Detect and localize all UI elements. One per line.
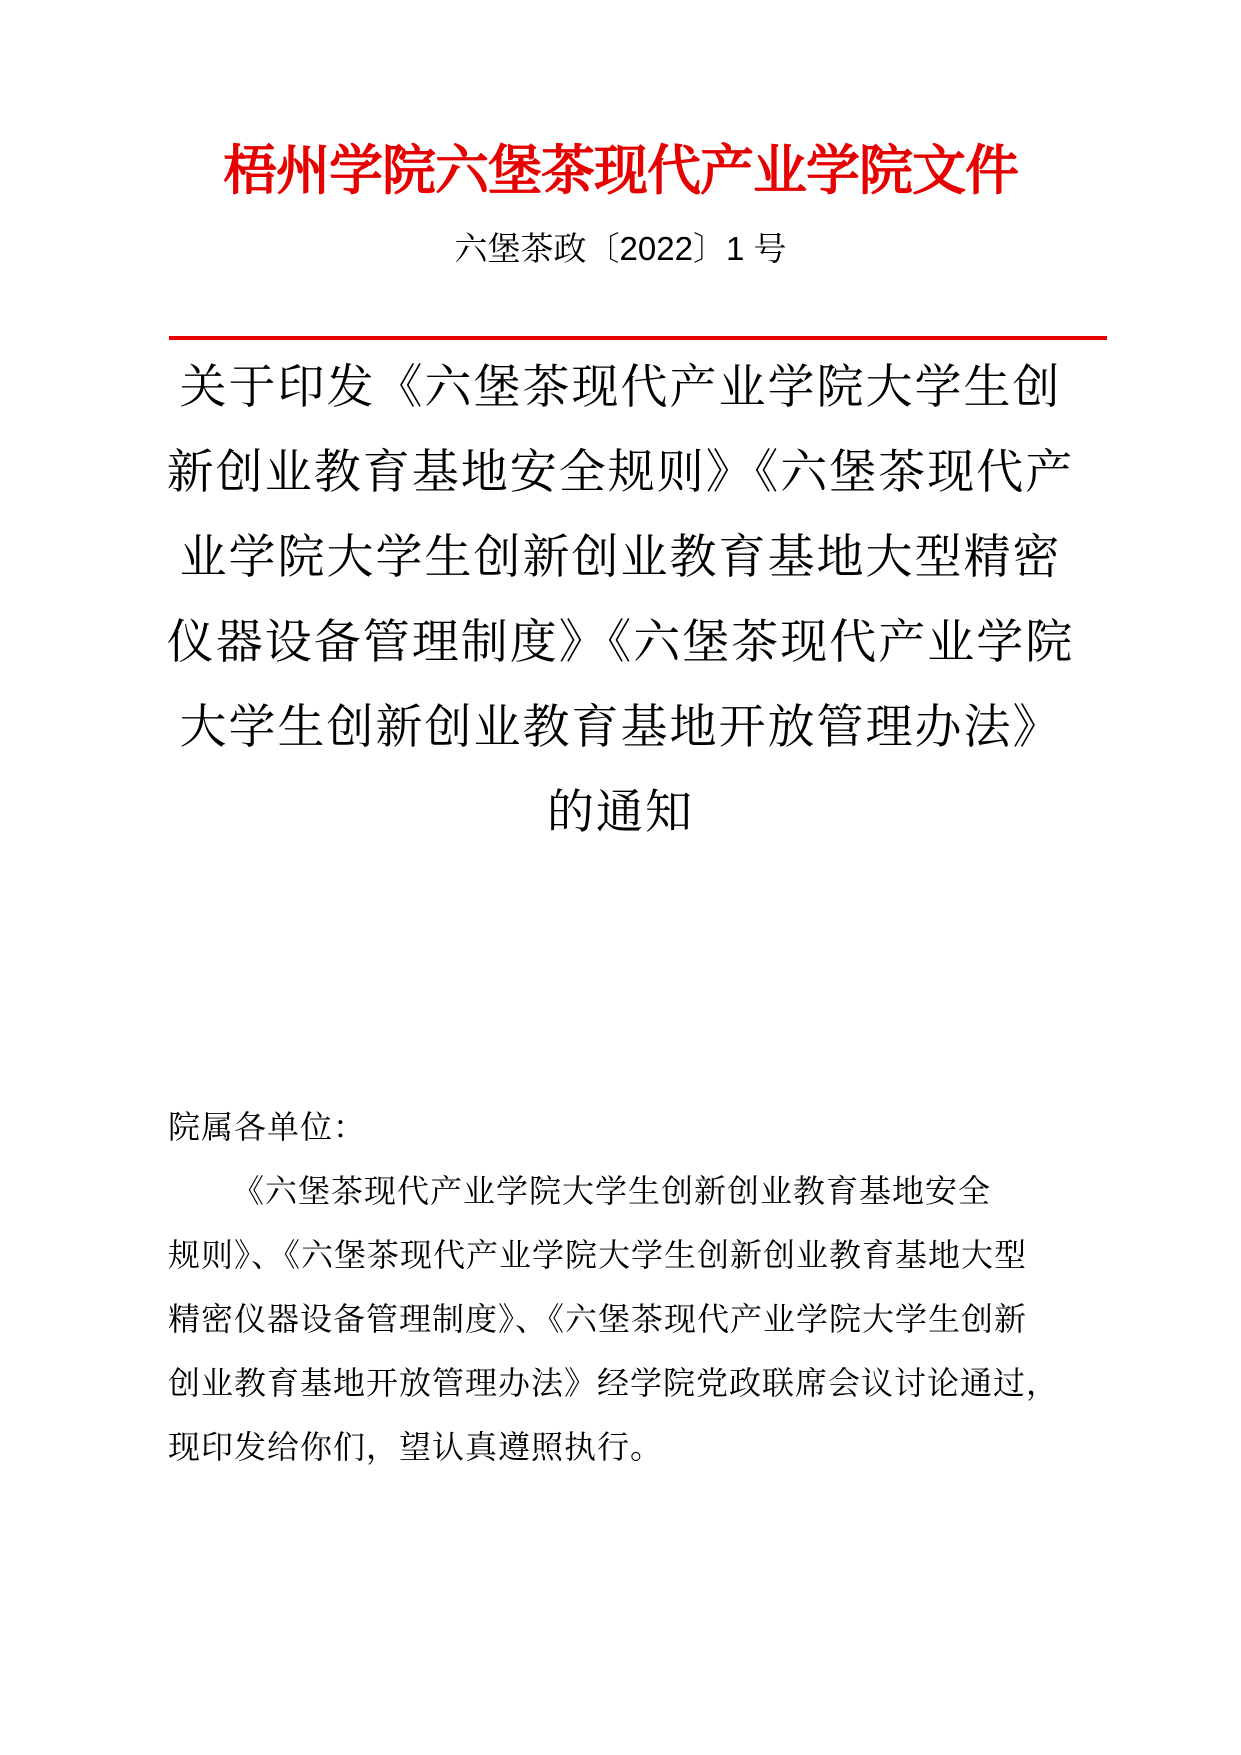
document-body: 院属各单位： 《六堡茶现代产业学院大学生创新创业教育基地安全 规则》、《六堡茶现…: [168, 1095, 1083, 1479]
body-line-4: 创业教育基地开放管理办法》经学院党政联席会议讨论通过，: [168, 1351, 1083, 1415]
title-line-6: 的通知: [0, 769, 1241, 854]
body-line-1: 《六堡茶现代产业学院大学生创新创业教育基地安全: [168, 1159, 1083, 1223]
title-line-4: 仪器设备管理制度》《六堡茶现代产业学院: [0, 599, 1241, 684]
title-line-5: 大学生创新创业教育基地开放管理办法》: [0, 684, 1241, 769]
title-line-3: 业学院大学生创新创业教育基地大型精密: [0, 514, 1241, 599]
body-line-5: 现印发给你们，望认真遵照执行。: [168, 1415, 1083, 1479]
title-line-2: 新创业教育基地安全规则》《六堡茶现代产: [0, 429, 1241, 514]
red-header-org-title: 梧州学院六堡茶现代产业学院文件: [0, 134, 1241, 208]
red-divider-line: [169, 336, 1107, 340]
document-number: 六堡茶政〔2022〕1 号: [0, 226, 1241, 272]
document-title: 关于印发《六堡茶现代产业学院大学生创 新创业教育基地安全规则》《六堡茶现代产 业…: [0, 344, 1241, 854]
body-line-3: 精密仪器设备管理制度》、《六堡茶现代产业学院大学生创新: [168, 1287, 1083, 1351]
salutation: 院属各单位：: [168, 1095, 1083, 1159]
body-line-2: 规则》、《六堡茶现代产业学院大学生创新创业教育基地大型: [168, 1223, 1083, 1287]
document-page: 梧州学院六堡茶现代产业学院文件 六堡茶政〔2022〕1 号 关于印发《六堡茶现代…: [0, 0, 1241, 1755]
title-line-1: 关于印发《六堡茶现代产业学院大学生创: [0, 344, 1241, 429]
